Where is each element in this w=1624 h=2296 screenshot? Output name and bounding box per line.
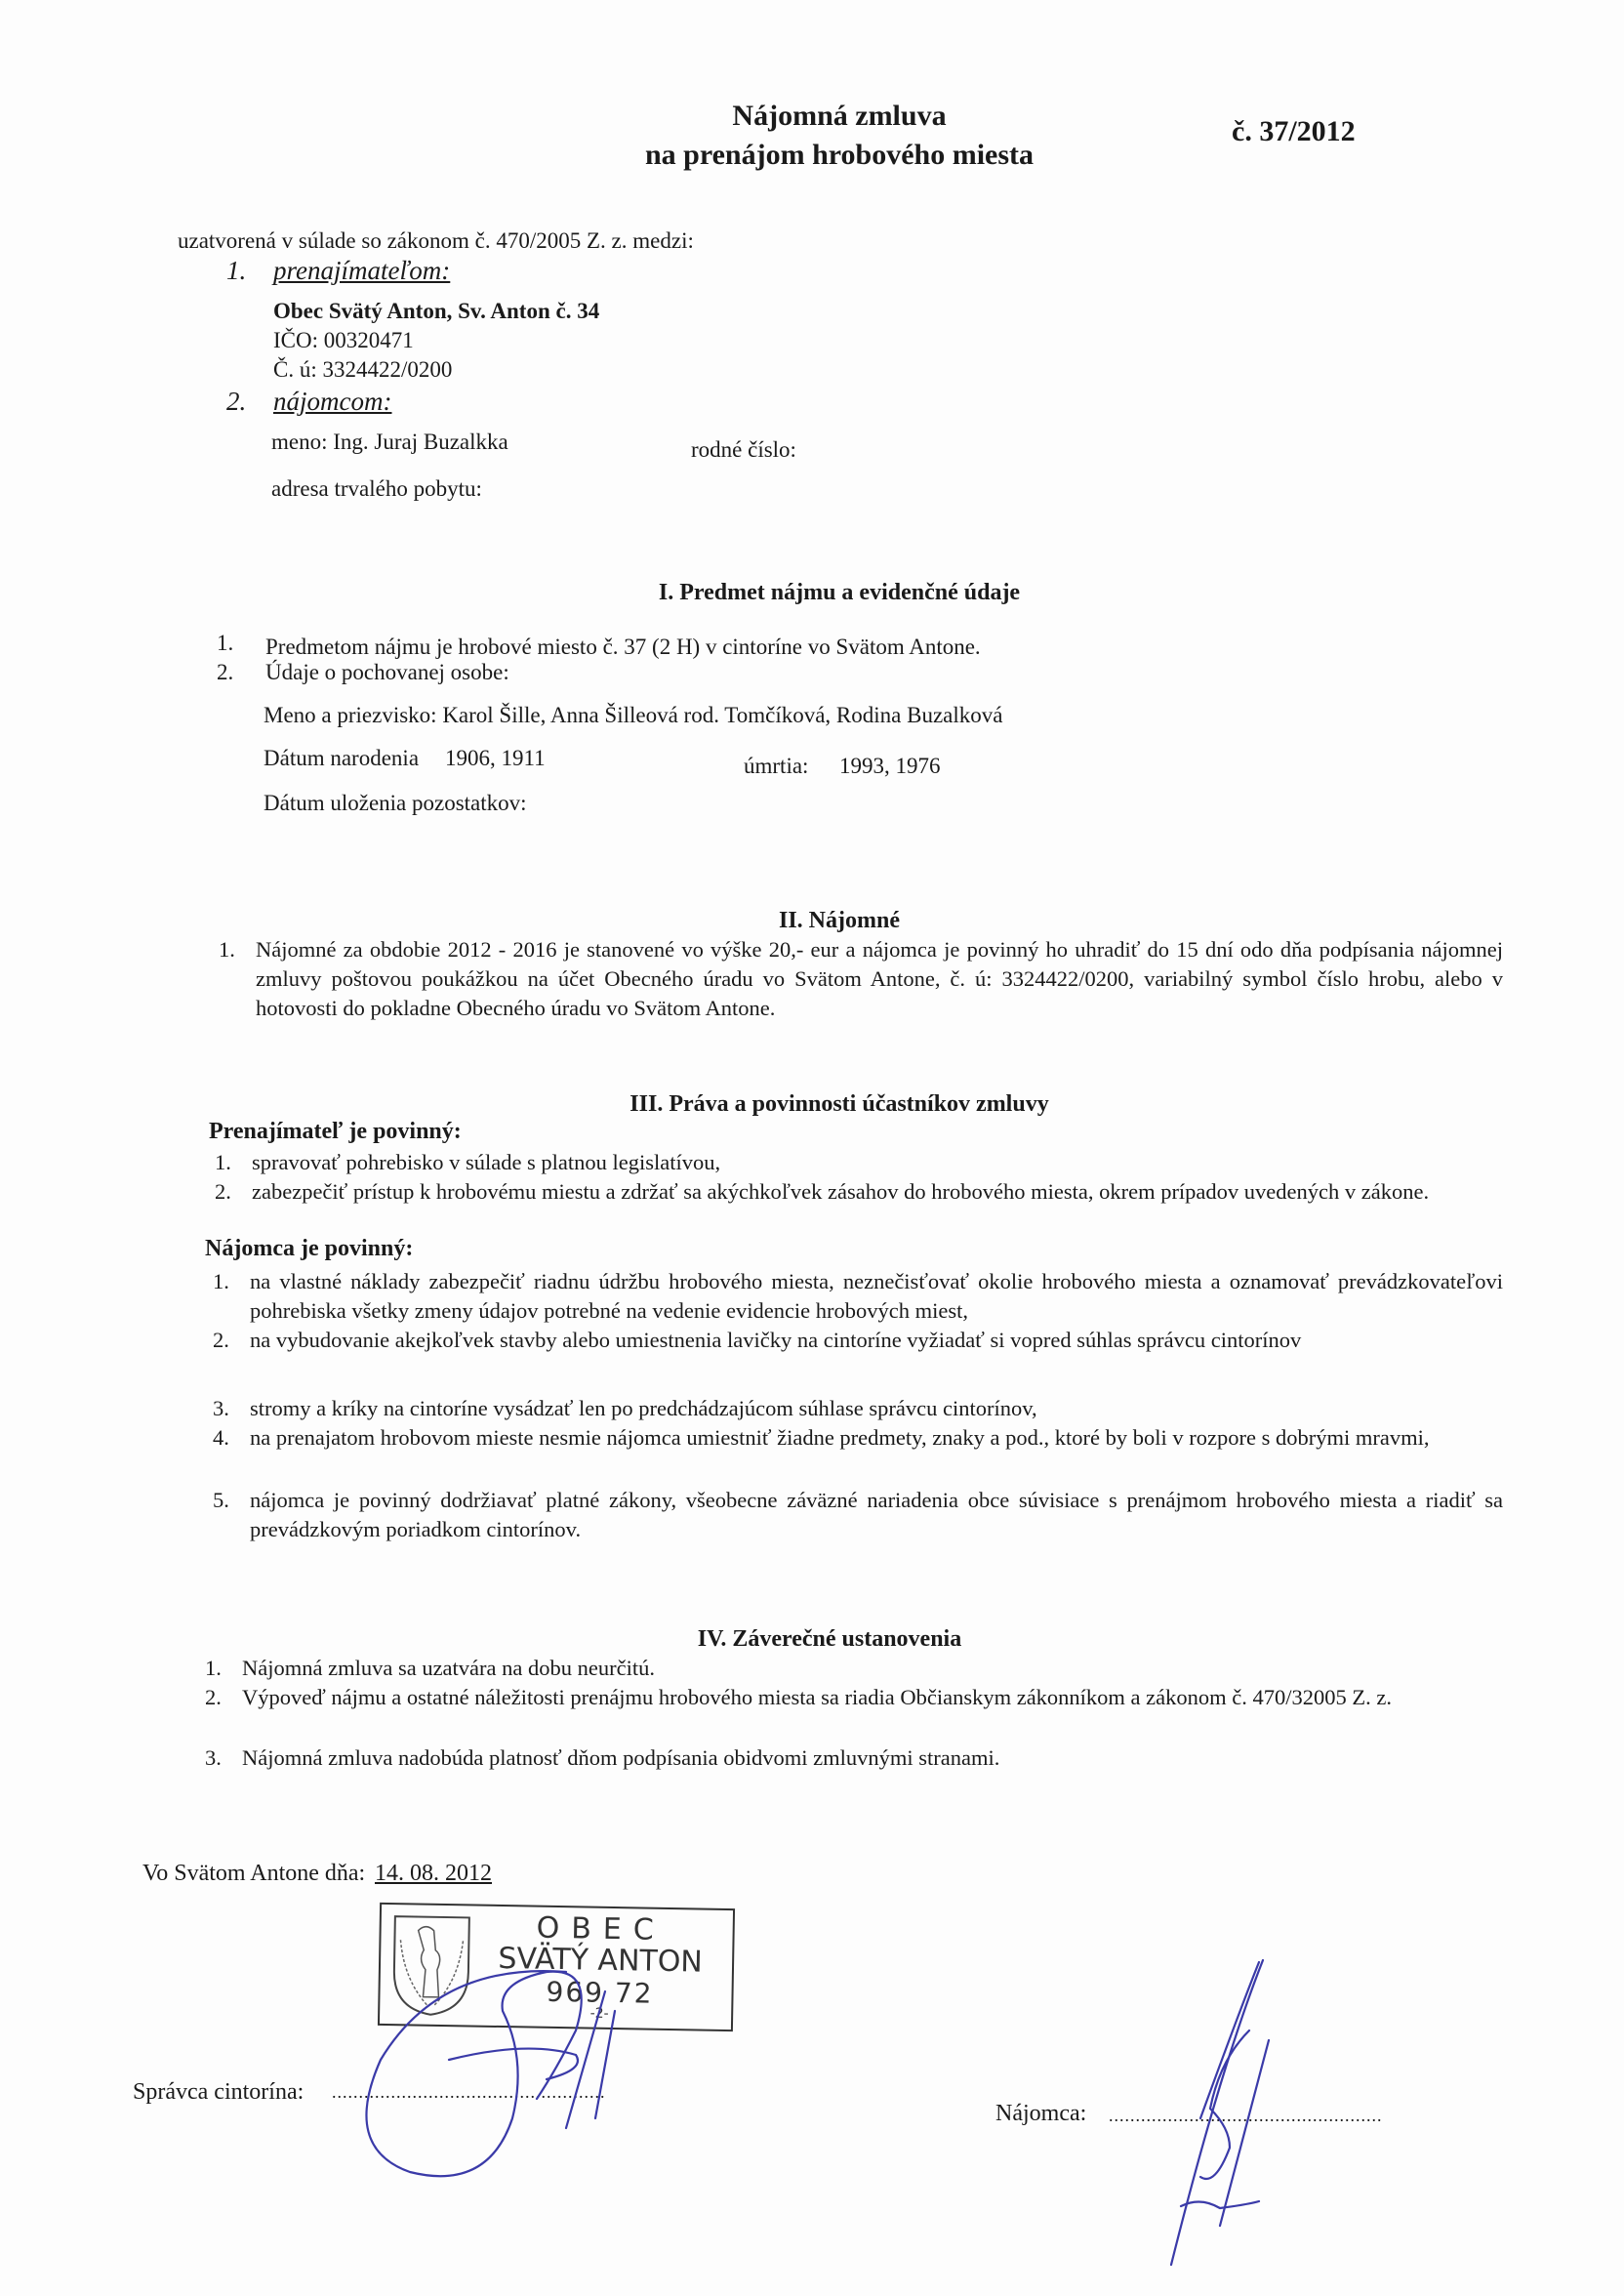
tenant-duty-4-text: na prenajatom hrobovom mieste nesmie náj… (250, 1425, 1429, 1450)
address-label: adresa trvalého pobytu: (271, 474, 482, 504)
contract-page: Nájomná zmluva na prenájom hrobového mie… (0, 0, 1624, 2296)
landlord-duty-2-number: 2. (215, 1177, 231, 1207)
final-provision-1-number: 1. (205, 1654, 222, 1683)
tenant-signature (1161, 1952, 1298, 2275)
landlord-ico: IČO: 00320471 (273, 326, 414, 355)
section-2-item-1: 1. Nájomné za obdobie 2012 - 2016 je sta… (256, 935, 1503, 1023)
party-2-number: 2. (226, 387, 246, 417)
final-provision-2-number: 2. (205, 1683, 222, 1712)
final-provision-2: 2. Výpoveď nájmu a ostatné náležitosti p… (242, 1683, 1501, 1712)
tenant-duty-1-number: 1. (213, 1267, 229, 1296)
landlord-account: Č. ú: 3324422/0200 (273, 355, 452, 385)
document-title-line2: na prenájom hrobového miesta (566, 137, 1113, 174)
cemetery-admin-label: Správca cintorína: (133, 2077, 304, 2107)
landlord-duty-2-text: zabezpečiť prístup k hrobovému miestu a … (252, 1179, 1429, 1204)
tenant-duty-2: 2. na vybudovanie akejkoľvek stavby aleb… (250, 1326, 1503, 1355)
final-provision-3-number: 3. (205, 1743, 222, 1773)
tenant-duty-4: 4. na prenajatom hrobovom mieste nesmie … (250, 1423, 1503, 1453)
final-provision-3: 3. Nájomná zmluva nadobúda platnosť dňom… (242, 1743, 1501, 1773)
tenant-signature-label: Nájomca: (995, 2099, 1086, 2128)
concluded-text: uzatvorená v súlade so zákonom č. 470/20… (178, 226, 694, 256)
final-provision-3-text: Nájomná zmluva nadobúda platnosť dňom po… (242, 1745, 999, 1770)
landlord-duty-1-text: spravovať pohrebisko v súlade s platnou … (252, 1150, 720, 1174)
landlord-duty-2: 2. zabezpečiť prístup k hrobovému miestu… (252, 1177, 1503, 1207)
final-provision-1-text: Nájomná zmluva sa uzatvára na dobu neurč… (242, 1656, 655, 1680)
tenant-name: meno: Ing. Juraj Buzalkka (271, 428, 508, 457)
tenant-duty-5: 5. nájomca je povinný dodržiavať platné … (250, 1486, 1503, 1544)
death-date-values: 1993, 1976 (839, 752, 941, 781)
tenant-duty-3: 3. stromy a kríky na cintoríne vysádzať … (250, 1394, 1503, 1423)
tenant-duty-1-text: na vlastné náklady zabezpečiť riadnu údr… (250, 1269, 1503, 1323)
landlord-duties-heading: Prenajímateľ je povinný: (209, 1119, 462, 1145)
tenant-duty-2-text: na vybudovanie akejkoľvek stavby alebo u… (250, 1328, 1301, 1352)
signing-date: 14. 08. 2012 (375, 1859, 492, 1888)
document-title-line1: Nájomná zmluva (566, 98, 1113, 135)
party-1-number: 1. (226, 256, 246, 286)
contract-number: č. 37/2012 (1232, 115, 1356, 148)
tenant-duty-3-number: 3. (213, 1394, 229, 1423)
tenant-duty-3-text: stromy a kríky na cintoríne vysádzať len… (250, 1396, 1037, 1420)
landlord-duty-1-number: 1. (215, 1148, 231, 1177)
section-2-item-1-number: 1. (219, 935, 235, 964)
landlord-duty-1: 1. spravovať pohrebisko v súlade s platn… (252, 1148, 1503, 1177)
tenant-duty-4-number: 4. (213, 1423, 229, 1453)
tenant-duty-1: 1. na vlastné náklady zabezpečiť riadnu … (250, 1267, 1503, 1326)
final-provision-2-text: Výpoveď nájmu a ostatné náležitosti pren… (242, 1685, 1392, 1709)
tenant-duty-5-number: 5. (213, 1486, 229, 1515)
party-2-role: nájomcom: (273, 387, 391, 417)
cemetery-admin-signature (322, 1952, 673, 2187)
section-1-item-2-text: Údaje o pochovanej osobe: (265, 658, 509, 687)
remains-date-label: Dátum uloženia pozostatkov: (264, 789, 527, 818)
landlord-name-address: Obec Svätý Anton, Sv. Anton č. 34 (273, 297, 599, 326)
buried-names: Meno a priezvisko: Karol Šille, Anna Šil… (264, 701, 1002, 730)
section-2-item-1-text: Nájomné za obdobie 2012 - 2016 je stanov… (256, 937, 1503, 1020)
section-3-heading: III. Práva a povinnosti účastníkov zmluv… (547, 1091, 1132, 1118)
final-provision-1: 1. Nájomná zmluva sa uzatvára na dobu ne… (242, 1654, 1501, 1683)
tenant-duties-heading: Nájomca je povinný: (205, 1236, 413, 1262)
birth-number-label: rodné číslo: (691, 435, 796, 465)
tenant-duty-5-text: nájomca je povinný dodržiavať platné zák… (250, 1488, 1503, 1541)
section-1-heading: I. Predmet nájmu a evidenčné údaje (625, 580, 1054, 606)
section-1-item-1-number: 1. (217, 629, 233, 658)
section-2-heading: II. Nájomné (742, 908, 937, 934)
birth-date-label: Dátum narodenia (264, 744, 419, 773)
birth-date-values: 1906, 1911 (445, 744, 546, 773)
section-4-heading: IV. Záverečné ustanovenia (634, 1626, 1025, 1653)
death-date-label: úmrtia: (744, 752, 808, 781)
party-1-role: prenajímateľom: (273, 256, 450, 286)
section-1-item-2-number: 2. (217, 658, 233, 687)
tenant-duty-2-number: 2. (213, 1326, 229, 1355)
place-date-label: Vo Svätom Antone dňa: (142, 1859, 365, 1888)
